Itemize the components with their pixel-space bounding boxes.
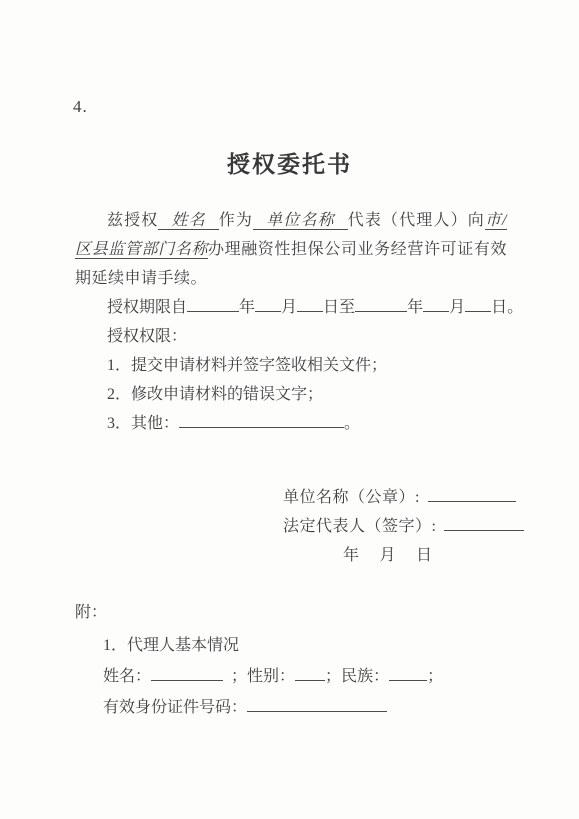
document-title: 授权委托书 — [0, 146, 579, 179]
date-day-label: 日 — [416, 547, 433, 564]
company-seal-blank — [428, 485, 516, 502]
agent-name-blank: 姓名 — [158, 212, 218, 230]
paragraph-segment: 代表（代理人）向 — [348, 212, 485, 229]
company-seal-line: 单位名称（公章）: — [283, 483, 524, 512]
period-text: 日至 — [323, 299, 355, 316]
id-label: 有效身份证件号码： — [103, 699, 247, 716]
company-seal-label: 单位名称（公章）: — [283, 489, 420, 506]
gender-separator: ； — [325, 668, 341, 685]
legal-rep-blank — [444, 514, 524, 531]
item-text: 修改申请材料的错误文字； — [131, 386, 323, 403]
authorization-period-line: 授权期限自年月日至年月日。 — [75, 293, 507, 322]
date-month-label: 月 — [380, 547, 397, 564]
permission-item-1: 1．提交申请材料并签字签收相关文件； — [75, 351, 507, 380]
name-separator: ； — [231, 668, 247, 685]
date-line: 年月日 — [283, 541, 524, 570]
attachment-block: 附： 1．代理人基本情况 姓名：；性别：；民族：； 有效身份证件号码： — [75, 597, 443, 723]
date-year-label: 年 — [343, 547, 360, 564]
item-number: 1． — [107, 357, 131, 374]
section-number: 4. — [73, 97, 88, 117]
legal-rep-label: 法定代表人（签字）: — [283, 518, 436, 535]
id-number-line: 有效身份证件号码： — [103, 692, 443, 723]
attachment-label: 附： — [75, 597, 443, 628]
end-month-blank — [423, 295, 449, 312]
paragraph-segment: 作为 — [219, 212, 253, 229]
ethnic-separator: ； — [427, 668, 443, 685]
start-month-blank — [255, 295, 281, 312]
item-text: 提交申请材料并签字签收相关文件； — [131, 357, 387, 374]
period-text: 年 — [407, 299, 423, 316]
item-number: 2． — [107, 386, 131, 403]
permissions-heading: 授权权限： — [75, 322, 507, 351]
period-text: 月 — [281, 299, 297, 316]
name-label: 姓名： — [103, 668, 151, 685]
legal-rep-line: 法定代表人（签字）: — [283, 512, 524, 541]
end-year-blank — [355, 295, 407, 312]
ethnic-blank — [389, 664, 427, 681]
agent-info-line: 姓名：；性别：；民族：； — [103, 661, 443, 692]
authorization-paragraph: 兹授权姓名作为单位名称代表（代理人）向市/区县监管部门名称办理融资性担保公司业务… — [75, 206, 507, 293]
start-year-blank — [187, 295, 239, 312]
period-text: 日。 — [491, 299, 523, 316]
paragraph-segment: 兹授权 — [107, 212, 158, 229]
item-suffix: 。 — [344, 415, 360, 432]
document-page: 4. 授权委托书 兹授权姓名作为单位名称代表（代理人）向市/区县监管部门名称办理… — [0, 0, 579, 819]
period-text: 年 — [239, 299, 255, 316]
name-blank — [151, 664, 223, 681]
gender-blank — [295, 664, 325, 681]
org-name-blank: 单位名称 — [253, 212, 348, 230]
attachment-item-title: 1．代理人基本情况 — [103, 630, 443, 661]
signature-block: 单位名称（公章）: 法定代表人（签字）: 年月日 — [283, 483, 524, 570]
permission-item-2: 2．修改申请材料的错误文字； — [75, 380, 507, 409]
end-day-blank — [465, 295, 491, 312]
gender-label: 性别： — [247, 668, 295, 685]
period-text: 月 — [449, 299, 465, 316]
start-day-blank — [297, 295, 323, 312]
other-permission-blank — [179, 411, 344, 428]
period-text: 授权期限自 — [107, 299, 187, 316]
id-number-blank — [247, 695, 387, 712]
item-text: 其他： — [131, 415, 179, 432]
item-number: 3． — [107, 415, 131, 432]
permission-item-3: 3．其他：。 — [75, 409, 507, 438]
document-body: 兹授权姓名作为单位名称代表（代理人）向市/区县监管部门名称办理融资性担保公司业务… — [75, 206, 507, 438]
ethnic-label: 民族： — [341, 668, 389, 685]
